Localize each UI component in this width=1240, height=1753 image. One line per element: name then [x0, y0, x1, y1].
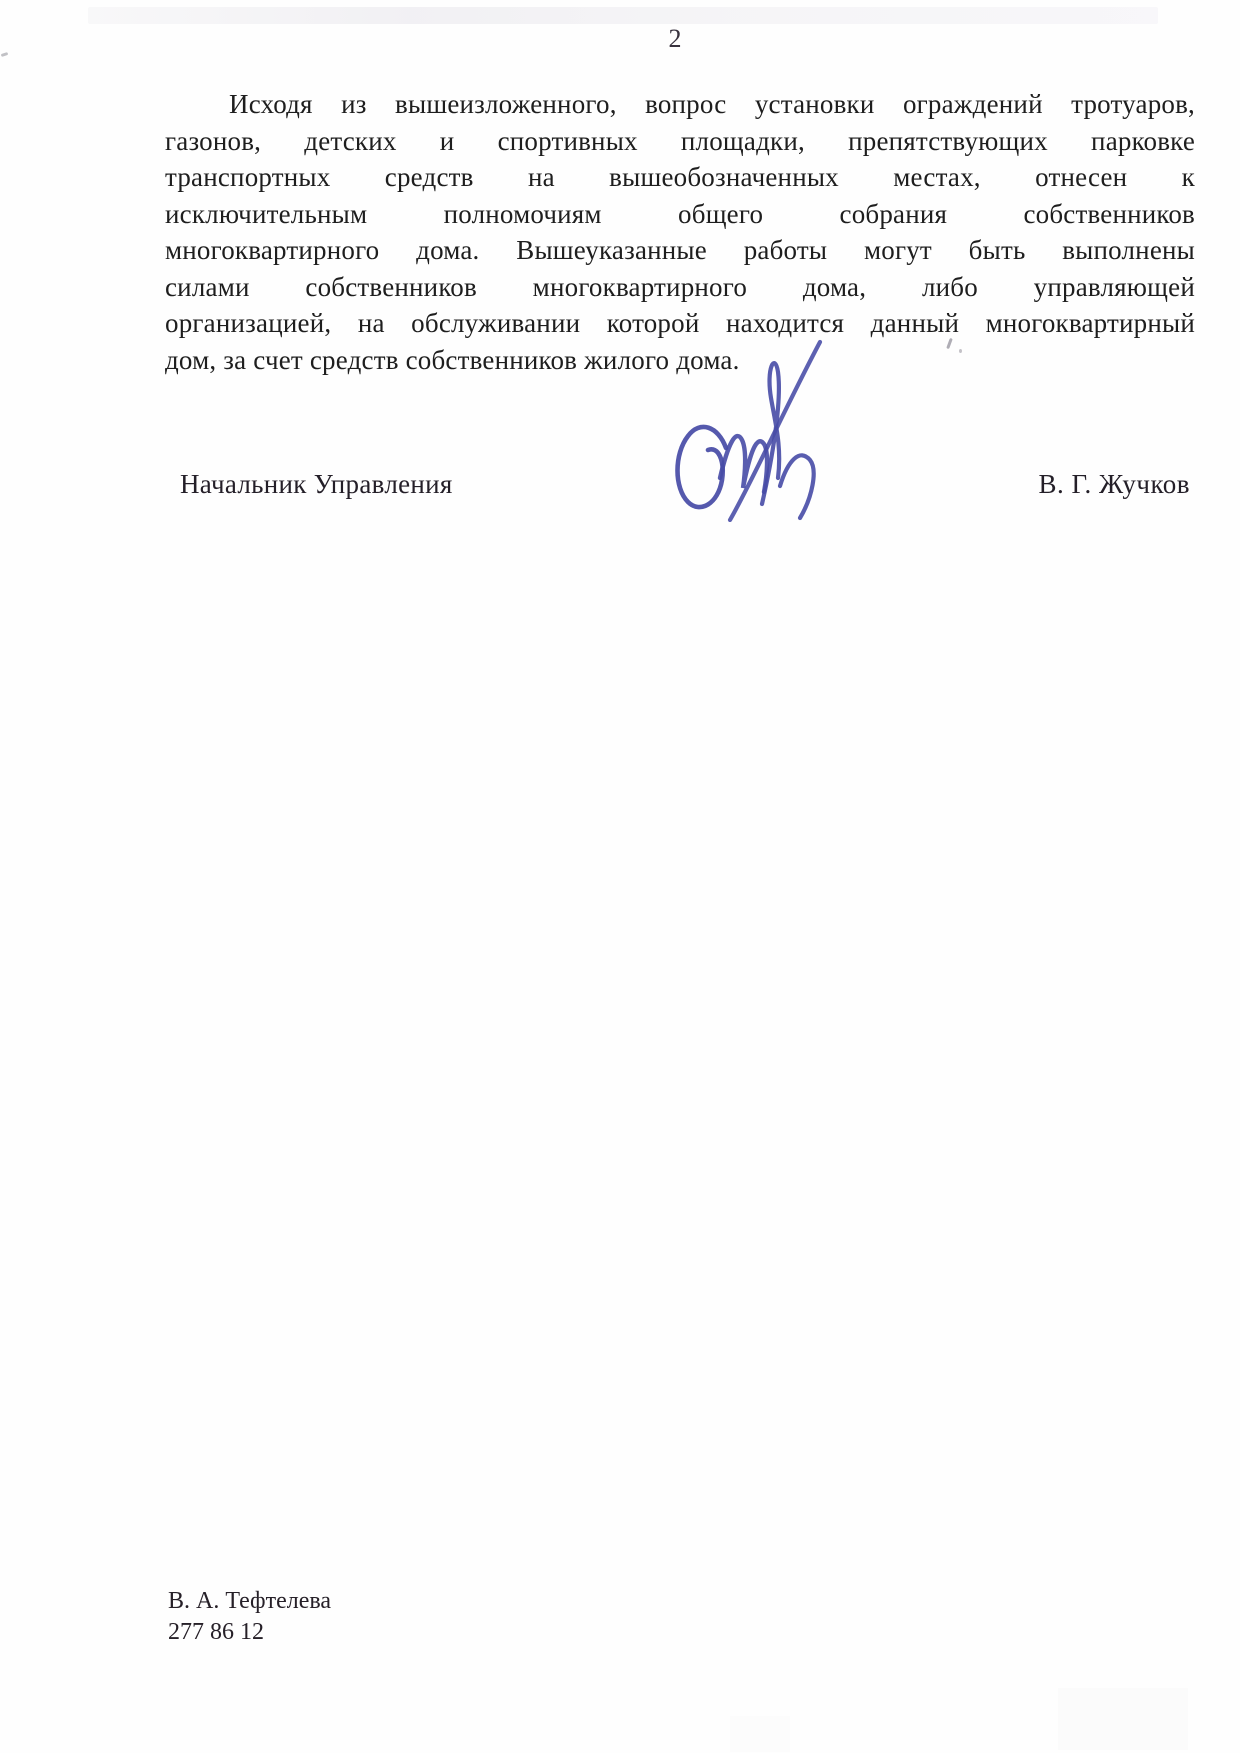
scanned-letter-page: 2 Исходя из вышеизложенного, вопрос уста…	[0, 0, 1240, 1753]
paragraph-line: транспортных средств на вышеобозначенных…	[165, 159, 1195, 196]
signature-block: Начальник Управления В. Г. Жучков	[180, 469, 1190, 500]
contact-name: В. А. Тефтелева	[168, 1586, 331, 1617]
signer-name: В. Г. Жучков	[1038, 469, 1190, 500]
scan-artifact-top-band	[88, 7, 1158, 24]
paragraph-line: исключительным полномочиям общего собран…	[165, 196, 1195, 233]
contact-phone: 277 86 12	[168, 1617, 331, 1648]
signer-title: Начальник Управления	[180, 469, 453, 500]
paragraph-line: Исходя из вышеизложенного, вопрос устано…	[165, 86, 1195, 123]
page-number: 2	[640, 24, 710, 54]
paragraph-line: многоквартирного дома. Вышеуказанные раб…	[165, 232, 1195, 269]
scan-artifact-speck	[1, 52, 9, 57]
footer-contact: В. А. Тефтелева 277 86 12	[168, 1586, 331, 1648]
scan-artifact-blob	[1058, 1688, 1188, 1750]
paragraph-line: силами собственников многоквартирного до…	[165, 269, 1195, 306]
paragraph-line: газонов, детских и спортивных площадки, …	[165, 123, 1195, 160]
scan-artifact-blob	[730, 1716, 790, 1752]
